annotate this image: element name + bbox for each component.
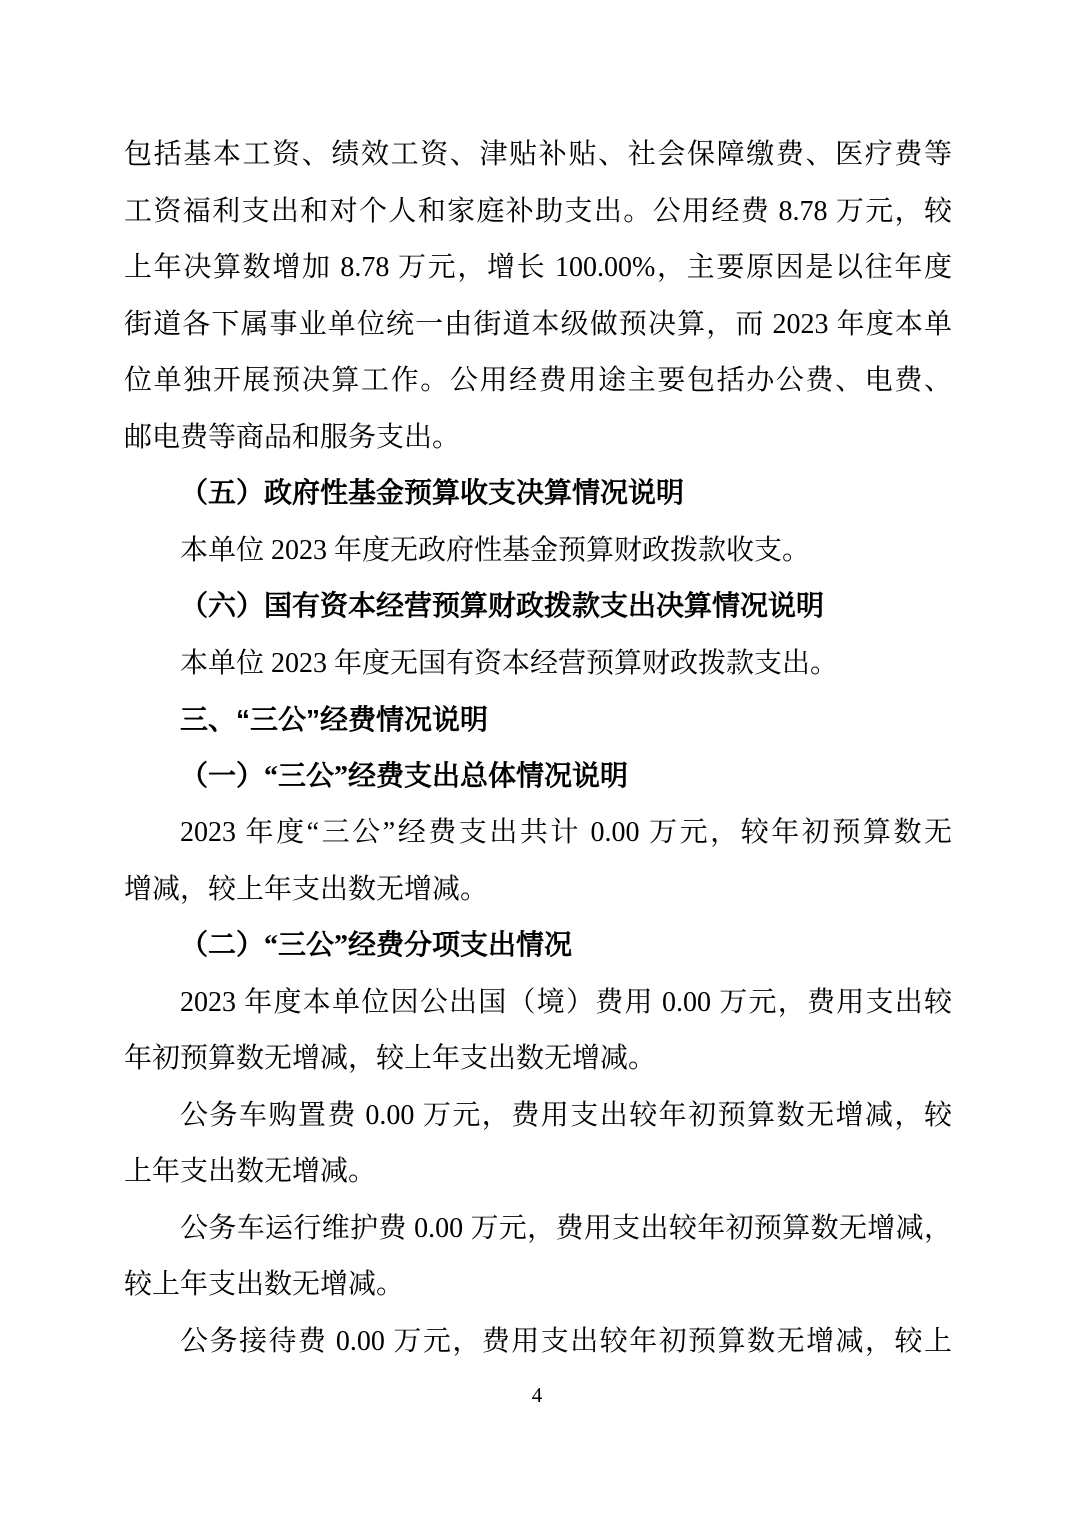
section-heading: （五）政府性基金预算收支决算情况说明	[124, 466, 952, 523]
text-line: 位单独开展预决算工作。公用经费用途主要包括办公费、电费、	[124, 353, 952, 410]
document-page: 包括基本工资、绩效工资、津贴补贴、社会保障缴费、医疗费等工资福利支出和对个人和家…	[0, 0, 1074, 1520]
section-heading: （一）“三公”经费支出总体情况说明	[124, 749, 952, 806]
text-line: 工资福利支出和对个人和家庭补助支出。公用经费 8.78 万元，较	[124, 184, 952, 241]
text-line: 上年决算数增加 8.78 万元，增长 100.00%，主要原因是以往年度	[124, 240, 952, 297]
text-line: 较上年支出数无增减。	[124, 1257, 952, 1314]
text-line: 公务接待费 0.00 万元，费用支出较年初预算数无增减，较上	[124, 1314, 952, 1371]
text-line: 包括基本工资、绩效工资、津贴补贴、社会保障缴费、医疗费等	[124, 127, 952, 184]
section-heading: 三、“三公”经费情况说明	[124, 692, 952, 749]
page-number: 4	[0, 1381, 1074, 1409]
text-line: 公务车运行维护费 0.00 万元，费用支出较年初预算数无增减，	[124, 1201, 952, 1258]
text-line: 本单位 2023 年度无国有资本经营预算财政拨款支出。	[124, 636, 952, 693]
text-line: 上年支出数无增减。	[124, 1144, 952, 1201]
text-line: 2023 年度本单位因公出国（境）费用 0.00 万元，费用支出较	[124, 975, 952, 1032]
text-line: 年初预算数无增减，较上年支出数无增减。	[124, 1031, 952, 1088]
document-body: 包括基本工资、绩效工资、津贴补贴、社会保障缴费、医疗费等工资福利支出和对个人和家…	[124, 127, 952, 1370]
text-line: 2023 年度“三公”经费支出共计 0.00 万元，较年初预算数无	[124, 805, 952, 862]
text-line: 本单位 2023 年度无政府性基金预算财政拨款收支。	[124, 523, 952, 580]
section-heading: （六）国有资本经营预算财政拨款支出决算情况说明	[124, 579, 952, 636]
text-line: 增减，较上年支出数无增减。	[124, 862, 952, 919]
text-line: 街道各下属事业单位统一由街道本级做预决算，而 2023 年度本单	[124, 297, 952, 354]
text-line: 公务车购置费 0.00 万元，费用支出较年初预算数无增减，较	[124, 1088, 952, 1145]
section-heading: （二）“三公”经费分项支出情况	[124, 918, 952, 975]
text-line: 邮电费等商品和服务支出。	[124, 410, 952, 467]
